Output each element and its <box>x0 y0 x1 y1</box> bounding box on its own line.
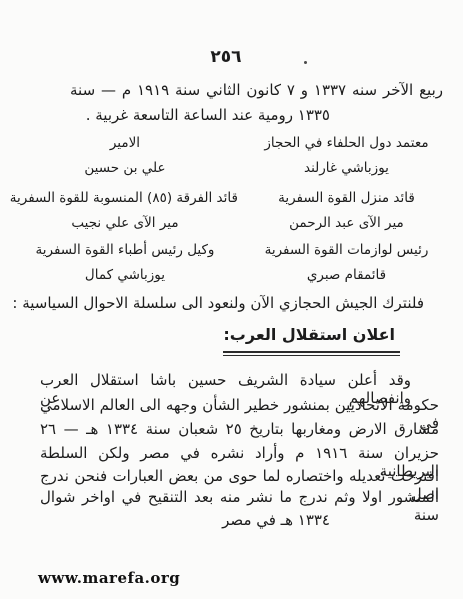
signature-name: قائمقام صبري <box>238 267 455 283</box>
date-note-line-1: ربيع الآخر سنه ١٣٣٧ و ٧ كانون الثاني سنة… <box>70 81 443 99</box>
body-line: مشارق الارض ومغاربها بتاريخ ٢٥ شعبان سنة… <box>40 420 439 438</box>
scanned-page: { "colors": { "paper": "#fbfbfa", "ink":… <box>0 0 463 599</box>
signature-cell: وكيل رئيس أطباء القوة السفرية يوزباشي كم… <box>12 242 238 283</box>
signature-cell: قائد منزل القوة السفرية مير الآى عبد الر… <box>238 190 455 231</box>
signature-row: قائد منزل القوة السفرية مير الآى عبد الر… <box>12 190 455 231</box>
section-heading: اعلان استقلال العرب: <box>223 325 395 344</box>
signature-cell: معتمد دول الحلفاء في الحجاز يوزباشي غارل… <box>238 135 455 176</box>
body-line: ١٣٣٤ هـ في مصر <box>222 511 330 529</box>
watermark-url: www.marefa.org <box>38 569 180 587</box>
date-note-line-2: ١٣٣٥ رومية عند الساعة التاسعة غربية . <box>86 106 330 124</box>
signature-title: الامير <box>12 135 238 151</box>
transition-sentence: فلنترك الجيش الحجازي الآن ولنعود الى سلس… <box>12 294 424 312</box>
signature-cell: رئيس لوازمات القوة السفرية قائمقام صبري <box>238 242 455 283</box>
signature-title: رئيس لوازمات القوة السفرية <box>238 242 455 258</box>
signature-name: مير الآى عبد الرحمن <box>238 215 455 231</box>
signature-name: مير الآى علي نجيب <box>12 215 238 231</box>
signature-cell: الامير علي بن حسين <box>12 135 238 176</box>
signature-name: يوزباشي غارلند <box>238 160 455 176</box>
dot-mark <box>304 61 307 64</box>
signature-title: قائد الفرقة (٨٥) المنسوبة للقوة السفرية <box>12 190 238 206</box>
signature-cell: قائد الفرقة (٨٥) المنسوبة للقوة السفرية … <box>12 190 238 231</box>
signature-row: رئيس لوازمات القوة السفرية قائمقام صبري … <box>12 242 455 283</box>
signature-row: معتمد دول الحلفاء في الحجاز يوزباشي غارل… <box>12 135 455 176</box>
signature-title: قائد منزل القوة السفرية <box>238 190 455 206</box>
signature-name: علي بن حسين <box>12 160 238 176</box>
signature-name: يوزباشي كمال <box>12 267 238 283</box>
page-number: ٢٥٦ <box>184 47 268 67</box>
heading-double-rule <box>223 351 400 356</box>
signature-title: وكيل رئيس أطباء القوة السفرية <box>12 242 238 258</box>
signature-title: معتمد دول الحلفاء في الحجاز <box>238 135 455 151</box>
